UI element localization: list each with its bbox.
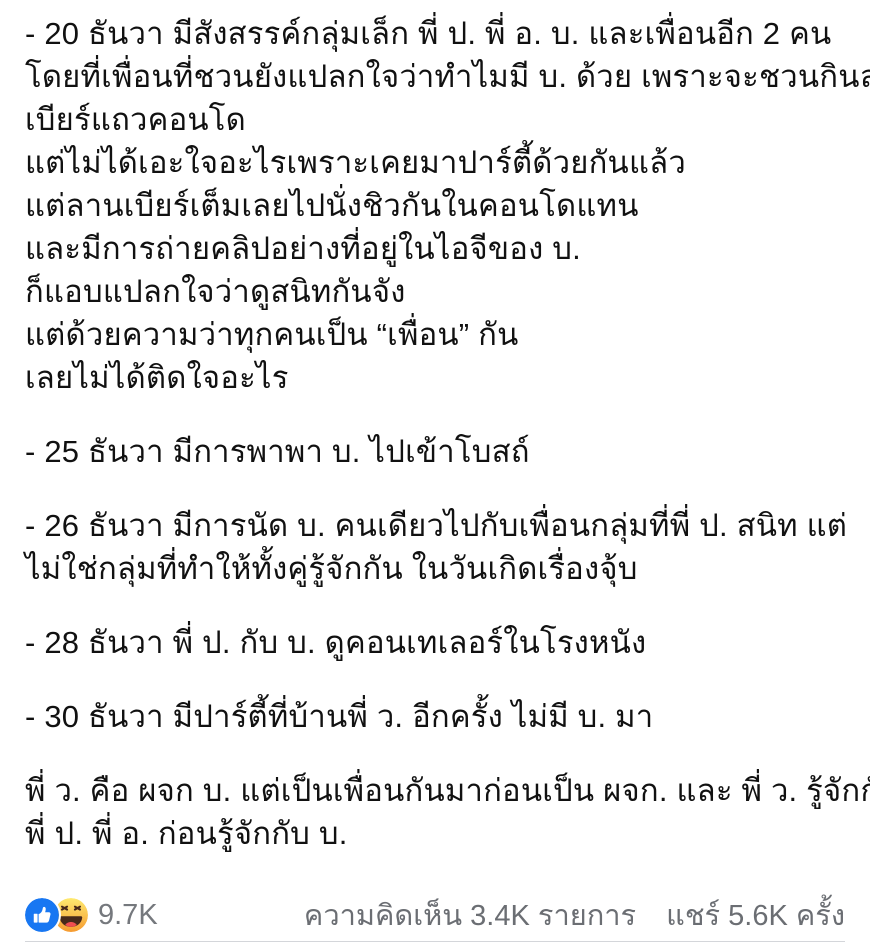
reaction-count[interactable]: 9.7K — [98, 899, 158, 932]
comment-share-counts: ความคิดเห็น 3.4K รายการ แชร์ 5.6K ครั้ง — [304, 892, 845, 938]
post-line: - 20 ธันวา มีสังสรรค์กลุ่มเล็ก พี่ ป. พี… — [25, 12, 842, 55]
post-line: - 28 ธันวา พี่ ป. กับ บ. ดูคอนเทเลอร์ในโ… — [25, 621, 842, 664]
haha-icon[interactable] — [54, 898, 88, 932]
post-line: - 30 ธันวา มีปาร์ตี้ที่บ้านพี่ ว. อีกครั… — [25, 695, 842, 738]
post-text: - 20 ธันวา มีสังสรรค์กลุ่มเล็ก พี่ ป. พี… — [25, 12, 842, 855]
post-line: พี่ ป. พี่ อ. ก่อนรู้จักกับ บ. — [25, 812, 842, 855]
post-paragraph: - 20 ธันวา มีสังสรรค์กลุ่มเล็ก พี่ ป. พี… — [25, 12, 842, 399]
post-line: เลยไม่ได้ติดใจอะไร — [25, 356, 842, 399]
post-line: ก็แอบแปลกใจว่าดูสนิทกันจัง — [25, 270, 842, 313]
like-icon[interactable] — [25, 898, 59, 932]
post-line: - 25 ธันวา มีการพาพา บ. ไปเข้าโบสถ์ — [25, 430, 842, 473]
post-line: แต่ลานเบียร์เต็มเลยไปนั่งชิวกันในคอนโดแท… — [25, 184, 842, 227]
post-paragraph: พี่ ว. คือ ผจก บ. แต่เป็นเพื่อนกันมาก่อน… — [25, 769, 842, 855]
post-line: และมีการถ่ายคลิปอย่างที่อยู่ในไอจีของ บ. — [25, 227, 842, 270]
post-line: โดยที่เพื่อนที่ชวนยังแปลกใจว่าทำไมมี บ. … — [25, 55, 842, 98]
post-paragraph: - 28 ธันวา พี่ ป. กับ บ. ดูคอนเทเลอร์ในโ… — [25, 621, 842, 664]
post-paragraph: - 26 ธันวา มีการนัด บ. คนเดียวไปกับเพื่อ… — [25, 504, 842, 590]
post-paragraph: - 25 ธันวา มีการพาพา บ. ไปเข้าโบสถ์ — [25, 430, 842, 473]
post-line: ไม่ใช่กลุ่มที่ทำให้ทั้งคู่รู้จักกัน ในวั… — [25, 547, 842, 590]
post-line: แต่ด้วยความว่าทุกคนเป็น “เพื่อน” กัน — [25, 313, 842, 356]
shares-count[interactable]: แชร์ 5.6K ครั้ง — [666, 892, 845, 938]
post-line: - 26 ธันวา มีการนัด บ. คนเดียวไปกับเพื่อ… — [25, 504, 842, 547]
post-line: แต่ไม่ได้เอะใจอะไรเพราะเคยมาปาร์ตี้ด้วยก… — [25, 141, 842, 184]
post-paragraph: - 30 ธันวา มีปาร์ตี้ที่บ้านพี่ ว. อีกครั… — [25, 695, 842, 738]
comments-count[interactable]: ความคิดเห็น 3.4K รายการ — [304, 892, 636, 938]
post-line: เบียร์แถวคอนโด — [25, 98, 842, 141]
engagement-bar: 9.7K ความคิดเห็น 3.4K รายการ แชร์ 5.6K ค… — [25, 889, 845, 942]
post-line: พี่ ว. คือ ผจก บ. แต่เป็นเพื่อนกันมาก่อน… — [25, 769, 842, 812]
reaction-summary[interactable]: 9.7K — [25, 898, 158, 932]
